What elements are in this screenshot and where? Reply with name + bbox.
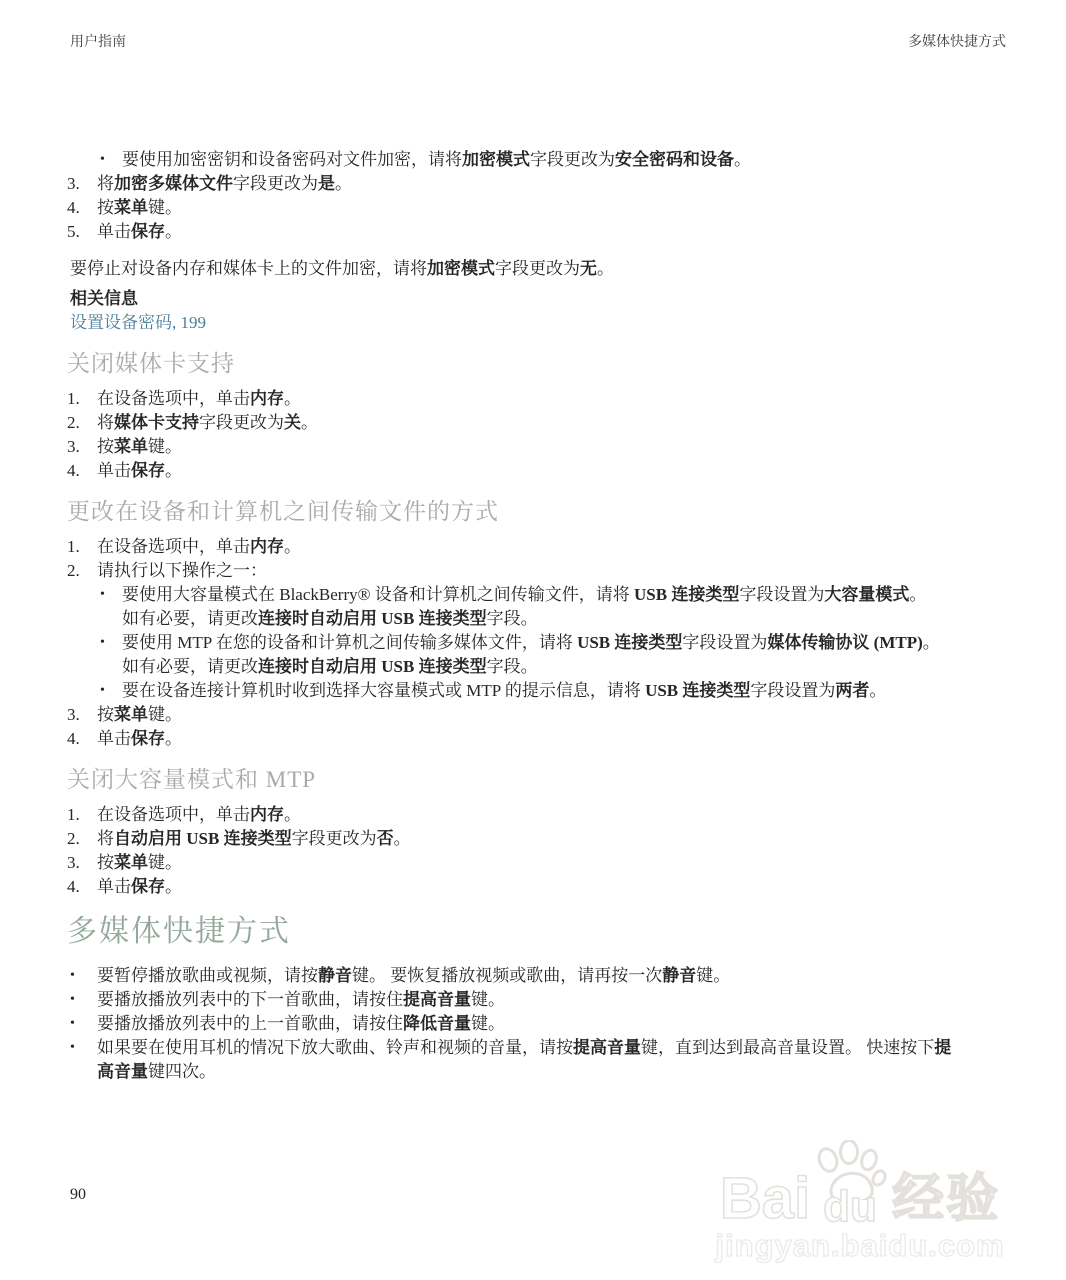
list-item-text: 在设备选项中，单击内存。: [97, 535, 1008, 559]
list-item-text: 要使用 MTP 在您的设备和计算机之间传输多媒体文件，请将 USB 连接类型字段…: [122, 631, 1008, 679]
list-item-step: 3.按菜单键。: [67, 703, 1008, 727]
list-item-step: 2.将自动启用 USB 连接类型字段更改为否。: [67, 827, 1008, 851]
list-item-text: 要播放播放列表中的下一首歌曲，请按住提高音量键。: [97, 988, 1008, 1012]
bullet-icon: •: [67, 988, 97, 1012]
baidu-jingyan-watermark: Bai du 经验 jingyan.baidu.com: [700, 1140, 1020, 1263]
related-link-row: 设置设备密码, 199: [67, 311, 1008, 335]
step-number: 1.: [67, 803, 97, 827]
list-item-text: 按菜单键。: [97, 435, 1008, 459]
step-number: 1.: [67, 387, 97, 411]
step-number: 4.: [67, 459, 97, 483]
step-number: 5.: [67, 220, 97, 244]
list-item-text: 单击保存。: [97, 220, 1008, 244]
list-item-text: 单击保存。: [97, 727, 1008, 751]
paragraph: 要停止对设备内存和媒体卡上的文件加密，请将加密模式字段更改为无。: [67, 257, 1008, 281]
list-item-step: 2.请执行以下操作之一：: [67, 559, 1008, 583]
list-item-step: 4.按菜单键。: [67, 196, 1008, 220]
list-item-bullet: •要在设备连接计算机时收到选择大容量模式或 MTP 的提示信息，请将 USB 连…: [97, 679, 1008, 703]
section-heading: 更改在设备和计算机之间传输文件的方式: [67, 497, 1008, 527]
step-number: 4.: [67, 196, 97, 220]
list-item-text: 按菜单键。: [97, 703, 1008, 727]
bullet-icon: •: [97, 679, 122, 703]
list-item-step: 3.将加密多媒体文件字段更改为是。: [67, 172, 1008, 196]
list-item-step: 4.单击保存。: [67, 459, 1008, 483]
document-page: 用户指南 多媒体快捷方式 •要使用加密密钥和设备密码对文件加密，请将加密模式字段…: [0, 0, 1066, 1084]
chapter-heading: 多媒体快捷方式: [67, 912, 1008, 952]
baidu-logo: Bai du 经验: [700, 1140, 1020, 1226]
list-item-text: 请执行以下操作之一：: [97, 559, 1008, 583]
list-item-text: 在设备选项中，单击内存。: [97, 387, 1008, 411]
baidu-logo-paw-du: du: [811, 1140, 887, 1226]
header-document-title: 用户指南: [70, 33, 126, 52]
step-number: 3.: [67, 435, 97, 459]
list-item-text: 将媒体卡支持字段更改为关。: [97, 411, 1008, 435]
baidu-logo-jingyan: 经验: [892, 1172, 1000, 1226]
list-item-text: 将自动启用 USB 连接类型字段更改为否。: [97, 827, 1008, 851]
list-item-bullet: •要播放播放列表中的下一首歌曲，请按住提高音量键。: [67, 988, 1008, 1012]
list-item-bullet: •要使用大容量模式在 BlackBerry® 设备和计算机之间传输文件，请将 U…: [97, 583, 1008, 631]
list-item-bullet: •要播放播放列表中的上一首歌曲，请按住降低音量键。: [67, 1012, 1008, 1036]
list-item-step: 4.单击保存。: [67, 727, 1008, 751]
list-item-step: 4.单击保存。: [67, 875, 1008, 899]
bullet-icon: •: [67, 964, 97, 988]
list-item-step: 1.在设备选项中，单击内存。: [67, 387, 1008, 411]
list-item-step: 3.按菜单键。: [67, 851, 1008, 875]
baidu-logo-bai: Bai: [720, 1172, 810, 1226]
bullet-icon: •: [97, 631, 122, 679]
list-item-bullet: •如果要在使用耳机的情况下放大歌曲、铃声和视频的音量，请按提高音量键，直到达到最…: [67, 1036, 1008, 1084]
list-item-bullet: •要使用 MTP 在您的设备和计算机之间传输多媒体文件，请将 USB 连接类型字…: [97, 631, 1008, 679]
step-number: 3.: [67, 172, 97, 196]
header-chapter-title: 多媒体快捷方式: [908, 33, 1006, 52]
list-item-text: 如果要在使用耳机的情况下放大歌曲、铃声和视频的音量，请按提高音量键，直到达到最高…: [97, 1036, 1008, 1084]
related-info-label: 相关信息: [67, 287, 1008, 311]
step-number: 4.: [67, 875, 97, 899]
baidu-logo-du: du: [823, 1186, 877, 1228]
step-number: 1.: [67, 535, 97, 559]
list-item-step: 2.将媒体卡支持字段更改为关。: [67, 411, 1008, 435]
section-heading: 关闭媒体卡支持: [67, 349, 1008, 379]
list-item-step: 1.在设备选项中，单击内存。: [67, 803, 1008, 827]
section-heading: 关闭大容量模式和 MTP: [67, 765, 1008, 795]
list-item-step: 1.在设备选项中，单击内存。: [67, 535, 1008, 559]
list-item-text: 在设备选项中，单击内存。: [97, 803, 1008, 827]
step-number: 3.: [67, 703, 97, 727]
list-item-text: 单击保存。: [97, 875, 1008, 899]
step-number: 4.: [67, 727, 97, 751]
bullet-icon: •: [97, 583, 122, 631]
bullet-icon: •: [67, 1012, 97, 1036]
list-item-text: 将加密多媒体文件字段更改为是。: [97, 172, 1008, 196]
bullet-icon: •: [97, 148, 122, 172]
document-content: •要使用加密密钥和设备密码对文件加密，请将加密模式字段更改为安全密码和设备。3.…: [0, 148, 1066, 1084]
step-number: 2.: [67, 411, 97, 435]
page-number: 90: [70, 1186, 86, 1204]
step-number: 3.: [67, 851, 97, 875]
list-item-text: 要播放播放列表中的上一首歌曲，请按住降低音量键。: [97, 1012, 1008, 1036]
watermark-url: jingyan.baidu.com: [700, 1229, 1020, 1263]
list-item-text: 按菜单键。: [97, 196, 1008, 220]
list-item-text: 要在设备连接计算机时收到选择大容量模式或 MTP 的提示信息，请将 USB 连接…: [122, 679, 1008, 703]
list-item-text: 按菜单键。: [97, 851, 1008, 875]
list-item-bullet: •要使用加密密钥和设备密码对文件加密，请将加密模式字段更改为安全密码和设备。: [97, 148, 1008, 172]
step-number: 2.: [67, 827, 97, 851]
list-item-text: 单击保存。: [97, 459, 1008, 483]
page-header: 用户指南 多媒体快捷方式: [0, 0, 1066, 52]
cross-reference-link[interactable]: 设置设备密码, 199: [70, 313, 206, 332]
list-item-text: 要暂停播放歌曲或视频，请按静音键。 要恢复播放视频或歌曲，请再按一次静音键。: [97, 964, 1008, 988]
list-item-text: 要使用加密密钥和设备密码对文件加密，请将加密模式字段更改为安全密码和设备。: [122, 148, 1008, 172]
bullet-icon: •: [67, 1036, 97, 1084]
list-item-text: 要使用大容量模式在 BlackBerry® 设备和计算机之间传输文件，请将 US…: [122, 583, 1008, 631]
list-item-step: 3.按菜单键。: [67, 435, 1008, 459]
step-number: 2.: [67, 559, 97, 583]
list-item-bullet: •要暂停播放歌曲或视频，请按静音键。 要恢复播放视频或歌曲，请再按一次静音键。: [67, 964, 1008, 988]
list-item-step: 5.单击保存。: [67, 220, 1008, 244]
